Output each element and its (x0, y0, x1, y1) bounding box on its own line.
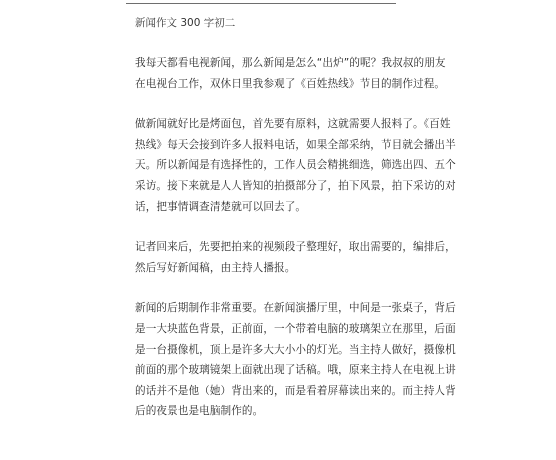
text-line: 天。所以新闻是有选择性的，工作人员会精挑细选，筛选出四、五个 (135, 155, 425, 176)
article: 新闻作文 300 字初二 我每天都看电视新闻，那么新闻是怎么“出炉”的呢？我叔叔… (135, 14, 425, 442)
text-line: 记者回来后，先要把拍来的视频段子整理好，取出需要的，编排后， (135, 237, 425, 258)
text-line: 我每天都看电视新闻，那么新闻是怎么“出炉”的呢？我叔叔的朋友 (135, 53, 425, 74)
top-divider-line (126, 3, 396, 4)
text-line: 做新闻就好比是烤面包，首先要有原料，这就需要人报料了。《百姓 (135, 114, 425, 135)
text-line: 是一台摄像机，顶上是许多大大小小的灯光。当主持人做好，摄像机 (135, 340, 425, 361)
paragraph-gathering: 做新闻就好比是烤面包，首先要有原料，这就需要人报料了。《百姓 热线》每天会接到许… (135, 114, 425, 217)
text-line: 话，把事情调查清楚就可以回去了。 (135, 197, 425, 218)
text-line: 前面的那个玻璃镜架上面就出现了话稿。哦，原来主持人在电视上讲 (135, 360, 425, 381)
text-line: 新闻的后期制作非常重要。在新闻演播厅里，中间是一张桌子，背后 (135, 298, 425, 319)
article-title: 新闻作文 300 字初二 (135, 14, 425, 32)
text-line: 采访。接下来就是人人皆知的拍摄部分了，拍下风景，拍下采访的对 (135, 176, 425, 197)
paragraph-post-production: 新闻的后期制作非常重要。在新闻演播厅里，中间是一张桌子，背后 是一大块蓝色背景，… (135, 298, 425, 422)
paragraph-intro: 我每天都看电视新闻，那么新闻是怎么“出炉”的呢？我叔叔的朋友 在电视台工作，双休… (135, 53, 425, 94)
text-line: 然后写好新闻稿，由主持人播报。 (135, 258, 425, 279)
text-line: 是一大块蓝色背景，正前面，一个带着电脑的玻璃架立在那里，后面 (135, 319, 425, 340)
text-line: 在电视台工作，双休日里我参观了《百姓热线》节目的制作过程。 (135, 74, 425, 95)
text-line: 热线》每天会接到许多人报料电话，如果全部采纳，节目就会播出半 (135, 135, 425, 156)
text-line: 的话并不是他（她）背出来的，而是看着屏幕读出来的。而主持人背 (135, 381, 425, 402)
paragraph-editing: 记者回来后，先要把拍来的视频段子整理好，取出需要的，编排后， 然后写好新闻稿，由… (135, 237, 425, 278)
text-line: 后的夜景也是电脑制作的。 (135, 401, 425, 422)
